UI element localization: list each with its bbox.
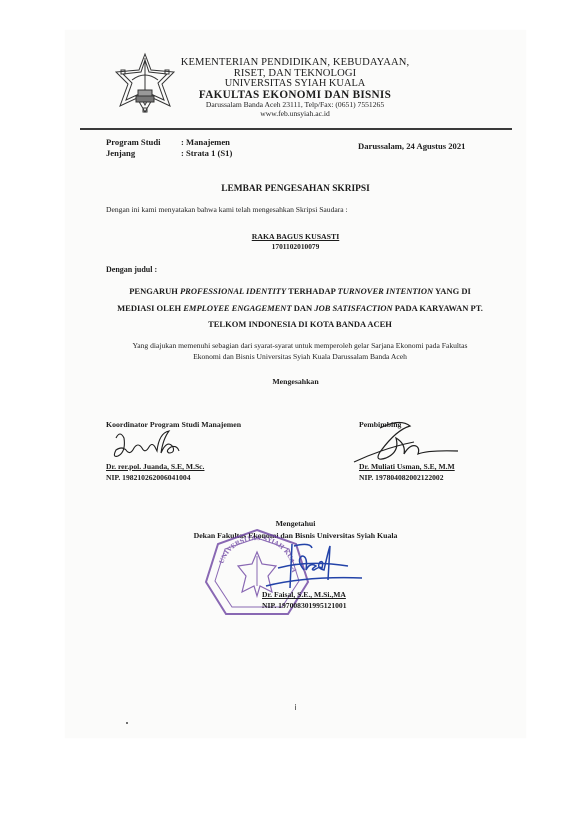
place-date: Darussalam, 24 Agustus 2021: [358, 141, 465, 151]
faculty-address: Darussalam Banda Aceh 23111, Telp/Fax: (…: [170, 100, 420, 109]
level-value: : Strata 1 (S1): [181, 148, 232, 159]
page-number: i: [65, 703, 526, 712]
supervisor-name: Dr. Muliati Usman, S.E, M.M: [359, 462, 455, 471]
thesis-title: PENGARUH PROFESSIONAL IDENTITY TERHADAP …: [100, 283, 500, 333]
letterhead-divider: [80, 128, 512, 130]
coordinator-nip: NIP. 198210262006041004: [106, 473, 191, 482]
scan-speck: [126, 722, 128, 724]
dean-name: Dr. Faisal, S.E., M.Si.,MA: [262, 590, 346, 599]
approval-heading: Mengesahkan: [65, 377, 526, 386]
student-id: 1701102010079: [65, 242, 526, 251]
university-name: UNIVERSITAS SYIAH KUALA: [170, 79, 420, 90]
faculty-website: www.feb.unsyiah.ac.id: [170, 109, 420, 118]
ministry-name: KEMENTERIAN PENDIDIKAN, KEBUDAYAAN,: [170, 58, 420, 69]
dean-nip: NIP. 197008301995121001: [262, 601, 347, 610]
student-name: RAKA BAGUS KUSASTI: [65, 232, 526, 241]
title-label: Dengan judul :: [106, 265, 157, 274]
level-label: Jenjang: [106, 148, 135, 159]
supervisor-nip: NIP. 197804082002122002: [359, 473, 444, 482]
program-value: : Manajemen: [181, 137, 230, 148]
approval-statement: Dengan ini kami menyatakan bahwa kami te…: [106, 205, 348, 214]
coordinator-name: Dr. rer.pol. Juanda, S.E, M.Sc.: [106, 462, 204, 471]
purpose-statement: Yang diajukan memenuhi sebagian dari sya…: [100, 340, 500, 362]
program-label: Program Studi: [106, 137, 161, 148]
letterhead: KEMENTERIAN PENDIDIKAN, KEBUDAYAAN, RISE…: [170, 58, 420, 118]
document-title: LEMBAR PENGESAHAN SKRIPSI: [65, 184, 526, 194]
faculty-name: FAKULTAS EKONOMI DAN BISNIS: [170, 90, 420, 101]
